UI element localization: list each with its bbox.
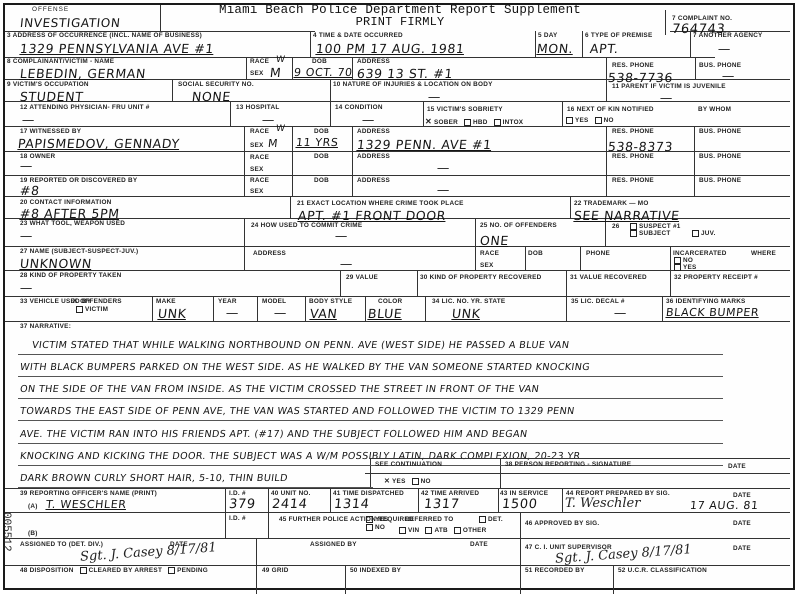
rule xyxy=(418,488,419,512)
rule xyxy=(330,101,331,126)
assigned-by-date-label: DATE xyxy=(470,541,488,548)
contact-info-label: 20 CONTACT INFORMATION xyxy=(20,199,112,206)
owner-bus-phone-label: BUS. PHONE xyxy=(699,153,741,160)
cleared-by-arrest-option: CLEARED BY ARREST xyxy=(89,567,163,574)
rule xyxy=(5,488,790,489)
incarcerated-options: NO YES xyxy=(670,257,697,271)
offenders-option: OFFENDERS xyxy=(80,298,122,305)
license-decal-value: — xyxy=(613,305,628,320)
rule xyxy=(310,31,311,57)
reported-sex-label: SEX xyxy=(250,188,264,195)
rule xyxy=(345,565,346,594)
officer-id-value: 379 xyxy=(228,497,256,512)
rule xyxy=(246,57,247,79)
referred-vin-option: VIN xyxy=(408,527,419,534)
referred-atb-option: ATB xyxy=(434,527,447,534)
victim-race-label: RACE xyxy=(250,58,269,65)
witness-label: 17 WITNESSED BY xyxy=(20,128,81,135)
owner-res-phone-label: RES. PHONE xyxy=(612,153,654,160)
injuries-value: — xyxy=(427,89,442,104)
owner-dob-label: DOB xyxy=(314,153,329,160)
value-recovered-label: 31 VALUE RECOVERED xyxy=(570,274,647,281)
victim-checkbox[interactable] xyxy=(76,306,83,313)
ssn-value: NONE xyxy=(191,89,231,104)
rule xyxy=(330,79,331,101)
rule xyxy=(5,321,790,322)
rule xyxy=(613,565,614,594)
identifying-marks-value: BLACK BUMPER xyxy=(665,306,760,319)
prepared-by-signature: T. Weschler xyxy=(565,496,640,511)
continuation-rule xyxy=(370,458,790,459)
subject-sex-label: SEX xyxy=(480,262,494,269)
rule xyxy=(525,246,526,270)
victim-option: VICTIM xyxy=(85,306,108,313)
subject-name-label: 27 NAME (SUBJECT-SUSPECT-JUV.) xyxy=(20,248,138,255)
reported-res-phone-label: RES. PHONE xyxy=(612,177,654,184)
subject-name-value: UNKNOWN xyxy=(19,256,92,271)
pending-option: PENDING xyxy=(177,567,208,574)
condition-label: 14 CONDITION xyxy=(335,104,383,111)
disposition-options: 48 DISPOSITION CLEARED BY ARREST PENDING xyxy=(20,567,208,574)
rule xyxy=(268,488,269,538)
narrative-rule xyxy=(18,443,723,444)
rule xyxy=(340,270,341,296)
unit-number-value: 2414 xyxy=(271,497,308,512)
next-of-kin-label: 16 NEXT OF KIN NOTIFIED xyxy=(567,106,654,113)
juvenile-option: JUV. xyxy=(688,230,716,237)
rule xyxy=(670,270,671,296)
witness-address-label: ADDRESS xyxy=(357,128,390,135)
ucr-classification-label: 52 U.C.R. CLASSIFICATION xyxy=(618,567,707,574)
trademark-mo-value: SEE NARRATIVE xyxy=(573,208,680,223)
subject-address-label: ADDRESS xyxy=(253,250,286,257)
person-reporting-label: 38 PERSON REPORTING - SIGNATURE xyxy=(505,461,631,468)
day-label: 5 DAY xyxy=(538,32,558,39)
juvenile-checkbox[interactable] xyxy=(692,230,699,237)
continuation-yes-checkbox[interactable]: ✕ xyxy=(384,478,390,485)
owner-address-value: — xyxy=(436,160,451,175)
suspect-checkbox[interactable] xyxy=(630,223,637,230)
model-value: — xyxy=(273,305,288,320)
narrative-line: WITH BLACK BUMPERS PARKED ON THE WEST SI… xyxy=(19,362,590,373)
rule xyxy=(172,79,173,101)
ssn-label: SOCIAL SECURITY NO. xyxy=(178,81,254,88)
rule xyxy=(570,196,571,218)
rule xyxy=(566,270,567,296)
continuation-options: ✕ YES NO xyxy=(384,477,431,485)
owner-race-label: RACE xyxy=(250,154,269,161)
witness-bus-phone-label: BUS. PHONE xyxy=(699,128,741,135)
juvenile-label: JUV. xyxy=(701,230,716,237)
license-label: 34 LIC. NO. YR. STATE xyxy=(432,298,505,305)
rule xyxy=(665,10,666,35)
time-date-label: 4 TIME & DATE OCCURRED xyxy=(313,32,403,39)
narrative-line: VICTIM STATED THAT WHILE WALKING NORTHBO… xyxy=(31,340,570,351)
intox-option: INTOX xyxy=(503,119,524,126)
reported-address-label: ADDRESS xyxy=(357,177,390,184)
narrative-line: ON THE SIDE OF THE VAN FROM INSIDE. AS T… xyxy=(19,384,540,395)
victim-name-value: LEBEDIN, GERMAN xyxy=(19,66,146,81)
witness-name: PAPISMEDOV, GENNADY xyxy=(17,136,180,151)
incarcerated-yes-option: YES xyxy=(683,264,697,271)
victim-address-value: 639 13 ST. #1 xyxy=(356,66,454,81)
indexed-by-label: 50 INDEXED BY xyxy=(350,567,401,574)
time-arrived-label: 42 TIME ARRIVED xyxy=(421,490,479,497)
subject-address-value: — xyxy=(339,256,354,271)
rule xyxy=(225,488,226,538)
recorded-by-label: 51 RECORDED BY xyxy=(525,567,585,574)
identifying-marks-label: 36 IDENTIFYING MARKS xyxy=(666,298,746,305)
rule xyxy=(423,101,424,126)
referred-det-option: DET. xyxy=(475,516,503,523)
witness-race-label: RACE xyxy=(250,128,269,135)
officer-id-b-label: I.D. # xyxy=(229,515,246,522)
narrative-rule xyxy=(18,420,723,421)
physician-value: — xyxy=(21,112,36,127)
approved-by-label: 46 APPROVED BY SIG. xyxy=(525,520,599,527)
in-service-label: 43 IN SERVICE xyxy=(500,490,548,497)
rule xyxy=(244,218,245,270)
prepared-by-date: 17 AUG. 81 xyxy=(689,499,759,512)
offense-value: INVESTIGATION xyxy=(19,16,121,30)
hospital-label: 13 HOSPITAL xyxy=(236,104,279,111)
pending-checkbox[interactable] xyxy=(168,567,175,574)
rule xyxy=(662,296,663,321)
kin-no-option: NO xyxy=(604,117,614,124)
assigned-by-label: ASSIGNED BY xyxy=(310,541,357,548)
reported-bus-phone-label: BUS. PHONE xyxy=(699,177,741,184)
rule xyxy=(498,488,499,512)
rule xyxy=(5,175,790,176)
witness-res-phone-value: 538-8373 xyxy=(607,139,674,154)
color-label: COLOR xyxy=(378,298,402,305)
subject-checkbox[interactable] xyxy=(630,230,637,237)
offense-label: OFFENSE xyxy=(32,6,69,13)
further-action-options: YES NO xyxy=(362,516,389,532)
sober-option: SOBER xyxy=(434,119,458,126)
cleared-by-arrest-checkbox[interactable] xyxy=(80,567,87,574)
address-of-occurrence-value: 1329 PENNSYLVANIA AVE #1 xyxy=(19,41,215,56)
owner-address-label: ADDRESS xyxy=(357,153,390,160)
witness-race-value: W xyxy=(275,124,286,134)
rule xyxy=(694,126,695,196)
rule xyxy=(370,458,371,488)
narrative-rule xyxy=(18,398,723,399)
witness-res-phone-label: RES. PHONE xyxy=(612,128,654,135)
narrative-rule xyxy=(18,354,723,355)
subject-dob-label: DOB xyxy=(528,250,543,257)
officer-b-label: (B) xyxy=(28,530,38,537)
make-label: MAKE xyxy=(156,298,176,305)
rule xyxy=(5,538,790,539)
year-value: — xyxy=(225,305,240,320)
make-value: UNK xyxy=(157,306,187,321)
disposition-label: 48 DISPOSITION xyxy=(20,567,74,574)
suspect-type-options: SUSPECT #1 SUBJECT xyxy=(626,223,681,237)
witness-dob-label: DOB xyxy=(314,128,329,135)
officer-a-value: T. WESCHLER xyxy=(45,498,127,511)
rule xyxy=(425,296,426,321)
time-dispatched-value: 1314 xyxy=(333,497,370,512)
physician-label: 12 ATTENDING PHYSICIAN- FRU UNIT # xyxy=(20,104,150,111)
assigned-date-label: DATE xyxy=(170,541,188,548)
kin-no-checkbox[interactable] xyxy=(595,117,602,124)
owner-sex-label: SEX xyxy=(250,166,264,173)
narrative-line: DARK BROWN CURLY SHORT HAIR, 5-10, THIN … xyxy=(19,473,288,484)
referred-to-options: VIN ATB OTHER xyxy=(395,527,487,534)
contact-info-value: #8 AFTER 5PM xyxy=(19,206,120,221)
grid-label: 49 GRID xyxy=(262,567,289,574)
hbd-checkbox[interactable] xyxy=(464,119,471,126)
reported-race-label: RACE xyxy=(250,177,269,184)
parent-label: 11 PARENT IF VICTIM IS JUVENILE xyxy=(612,83,726,90)
condition-value: — xyxy=(361,112,376,127)
officer-a-label: (A) xyxy=(28,503,38,510)
victim-res-phone-label: RES. PHONE xyxy=(612,62,654,69)
continuation-no-option: NO xyxy=(421,478,431,485)
tool-weapon-value: — xyxy=(19,228,34,243)
rule xyxy=(352,126,353,196)
exact-location-label: 21 EXACT LOCATION WHERE CRIME TOOK PLACE xyxy=(297,200,464,207)
time-date-value: 100 PM 17 AUG. 1981 xyxy=(315,41,465,56)
subject-option: SUBJECT xyxy=(639,230,671,237)
where-label: WHERE xyxy=(751,250,776,257)
victim-sex-value: M xyxy=(269,65,282,80)
narrative-rule xyxy=(18,487,373,488)
incarcerated-no-option: NO xyxy=(683,257,693,264)
rule xyxy=(292,126,293,196)
continuation-no-checkbox[interactable] xyxy=(412,478,419,485)
rule xyxy=(365,296,366,321)
victim-dob-label: DOB xyxy=(312,58,327,65)
license-value: UNK xyxy=(451,306,481,321)
rule xyxy=(417,270,418,296)
rule xyxy=(5,512,790,513)
property-taken-value: — xyxy=(19,280,34,295)
incarcerated-yes-checkbox[interactable] xyxy=(674,264,681,271)
body-style-value: VAN xyxy=(309,306,338,321)
offenders-checkbox[interactable]: ✕ xyxy=(72,298,78,305)
continuation-yes-option: YES xyxy=(392,478,406,485)
rule xyxy=(152,296,153,321)
in-service-value: 1500 xyxy=(501,497,538,512)
rule xyxy=(256,538,257,594)
further-no-option: NO xyxy=(375,524,385,531)
type-of-premise-label: 6 TYPE OF PREMISE xyxy=(585,32,652,39)
officer-id-label: I.D. # xyxy=(229,490,246,497)
kin-yes-checkbox[interactable] xyxy=(566,117,573,124)
rule xyxy=(580,246,581,270)
referred-to-label: REFERRED TO xyxy=(405,516,453,523)
intox-checkbox[interactable] xyxy=(494,119,501,126)
value-label: 29 VALUE xyxy=(346,274,378,281)
time-dispatched-label: 41 TIME DISPATCHED xyxy=(333,490,404,497)
further-yes-checkbox[interactable] xyxy=(366,516,373,523)
victim-race-value: W xyxy=(275,55,286,65)
rule xyxy=(582,31,583,57)
referred-atb-checkbox[interactable] xyxy=(425,527,432,534)
property-taken-label: 28 KIND OF PROPERTY TAKEN xyxy=(20,272,122,279)
victim-bus-phone-value: — xyxy=(721,68,736,83)
body-style-label: BODY STYLE xyxy=(309,298,352,305)
referred-vin-checkbox[interactable] xyxy=(399,527,406,534)
approved-date-label: DATE xyxy=(733,520,751,527)
unit-number-label: 40 UNIT NO. xyxy=(271,490,311,497)
property-receipt-label: 32 PROPERTY RECEIPT # xyxy=(674,274,758,281)
rule xyxy=(5,126,790,127)
subject-phone-label: PHONE xyxy=(586,250,610,257)
see-continuation-label: SEE CONTINUATION xyxy=(375,461,442,468)
offenders-count-label: 25 NO. OF OFFENDERS xyxy=(480,222,557,229)
rule xyxy=(5,196,790,197)
referred-det-checkbox[interactable] xyxy=(479,516,486,523)
rule xyxy=(5,565,790,566)
person-reporting-date-label: DATE xyxy=(728,463,746,470)
rule xyxy=(5,246,790,247)
prepared-date-label: DATE xyxy=(733,492,751,499)
rule xyxy=(230,101,231,126)
sobriety-label: 15 VICTIM'S SOBRIETY xyxy=(427,106,503,113)
another-agency-value: — xyxy=(717,41,732,56)
color-value: BLUE xyxy=(367,306,403,321)
victim-address-label: ADDRESS xyxy=(357,58,390,65)
narrative-line: KNOCKING AND KICKING THE DOOR. THE SUBJE… xyxy=(19,451,581,462)
witness-sex-label: SEX xyxy=(250,142,264,149)
rule xyxy=(244,126,245,196)
narrative-rule xyxy=(18,376,723,377)
occupation-label: 9 VICTIM'S OCCUPATION xyxy=(7,81,89,88)
trademark-mo-label: 22 TRADEMARK — MO xyxy=(574,200,649,207)
rule xyxy=(330,488,331,512)
referred-other-checkbox[interactable] xyxy=(454,527,461,534)
parent-value: — xyxy=(659,90,674,105)
rule xyxy=(606,126,607,196)
offenders-count-value: ONE xyxy=(479,233,509,248)
reported-address-value: — xyxy=(436,182,451,197)
rule xyxy=(500,458,501,488)
how-used-value: — xyxy=(334,228,349,243)
further-action-label: 45 FURTHER POLICE ACTION REQUIRED xyxy=(279,516,414,523)
rule xyxy=(257,296,258,321)
assigned-to-label: ASSIGNED TO (Det. Div.) xyxy=(20,541,103,548)
another-agency-label: 7 ANOTHER AGENCY xyxy=(693,32,763,39)
rule xyxy=(160,5,161,31)
reporting-officer-label: 39 REPORTING OFFICER'S NAME (Print) xyxy=(20,490,157,497)
rule xyxy=(520,512,521,594)
year-label: YEAR xyxy=(218,298,237,305)
rule xyxy=(305,296,306,321)
by-whom-label: BY WHOM xyxy=(698,106,731,113)
address-of-occurrence-label: 3 ADDRESS OF OCCURRENCE (Incl. Name of B… xyxy=(7,32,202,39)
further-no-checkbox[interactable] xyxy=(366,524,373,531)
tool-weapon-label: 23 WHAT TOOL, WEAPON USED xyxy=(20,220,125,227)
time-arrived-value: 1317 xyxy=(423,497,460,512)
license-decal-label: 35 LIC. DECAL # xyxy=(571,298,625,305)
rule xyxy=(365,473,790,474)
witness-address-value: 1329 PENN. AVE #1 xyxy=(356,137,492,152)
type-of-premise-value: APT. xyxy=(589,41,619,56)
reported-by-value: #8 xyxy=(19,183,40,198)
suspect-type-label: 26 xyxy=(612,223,620,230)
narrative-label: 37 NARRATIVE: xyxy=(20,323,71,330)
incarcerated-label: INCARCERATED xyxy=(673,250,727,257)
suspect-option: SUSPECT #1 xyxy=(639,223,681,230)
occupation-value: STUDENT xyxy=(19,89,84,104)
rule xyxy=(562,488,563,512)
reported-dob-label: DOB xyxy=(314,177,329,184)
victim-sex-label: SEX xyxy=(250,70,264,77)
rule xyxy=(566,296,567,321)
rule xyxy=(290,196,291,218)
complaint-number-label: 7 COMPLAINT NO. xyxy=(672,15,732,22)
sober-checkbox[interactable]: ✕ xyxy=(425,117,432,126)
rule xyxy=(475,218,476,270)
injuries-label: 10 NATURE OF INJURIES & LOCATION ON BODY xyxy=(333,81,493,88)
referred-det-label: DET. xyxy=(488,516,503,523)
incarcerated-no-checkbox[interactable] xyxy=(674,257,681,264)
sobriety-options: ✕ SOBER HBD INTOX xyxy=(425,117,523,126)
vehicle-used-by-options: ✕ OFFENDERS VICTIM xyxy=(72,298,122,314)
kin-yes-option: YES xyxy=(575,117,589,124)
rule xyxy=(5,296,790,297)
exact-location-value: APT. #1 FRONT DOOR xyxy=(297,208,447,223)
witness-sex-value: M xyxy=(267,137,278,150)
next-of-kin-options: YES NO xyxy=(562,117,614,124)
owner-value: — xyxy=(19,158,34,173)
hbd-option: HBD xyxy=(473,119,488,126)
further-yes-option: YES xyxy=(375,516,389,523)
supervisor-date-label: DATE xyxy=(733,545,751,552)
referred-other-option: OTHER xyxy=(463,527,487,534)
day-value: MON. xyxy=(536,41,574,56)
narrative-line: TOWARDS THE EAST SIDE OF PENN AVE, THE V… xyxy=(19,406,575,417)
rule xyxy=(695,57,696,79)
property-recovered-label: 30 KIND OF PROPERTY RECOVERED xyxy=(420,274,541,281)
victim-name-label: 8 COMPLAINANT/VICTIM - NAME xyxy=(7,58,114,65)
narrative-line: AVE. THE VICTIM RAN INTO HIS FRIENDS APT… xyxy=(19,429,528,440)
document-serial-number: 005512 xyxy=(0,512,12,552)
model-label: MODEL xyxy=(262,298,286,305)
subject-race-label: RACE xyxy=(480,250,499,257)
victim-dob-value: 9 OCT. 70 xyxy=(293,66,353,79)
witness-dob-value: 11 YRS xyxy=(295,136,339,149)
hospital-value: — xyxy=(261,112,276,127)
rule xyxy=(213,296,214,321)
